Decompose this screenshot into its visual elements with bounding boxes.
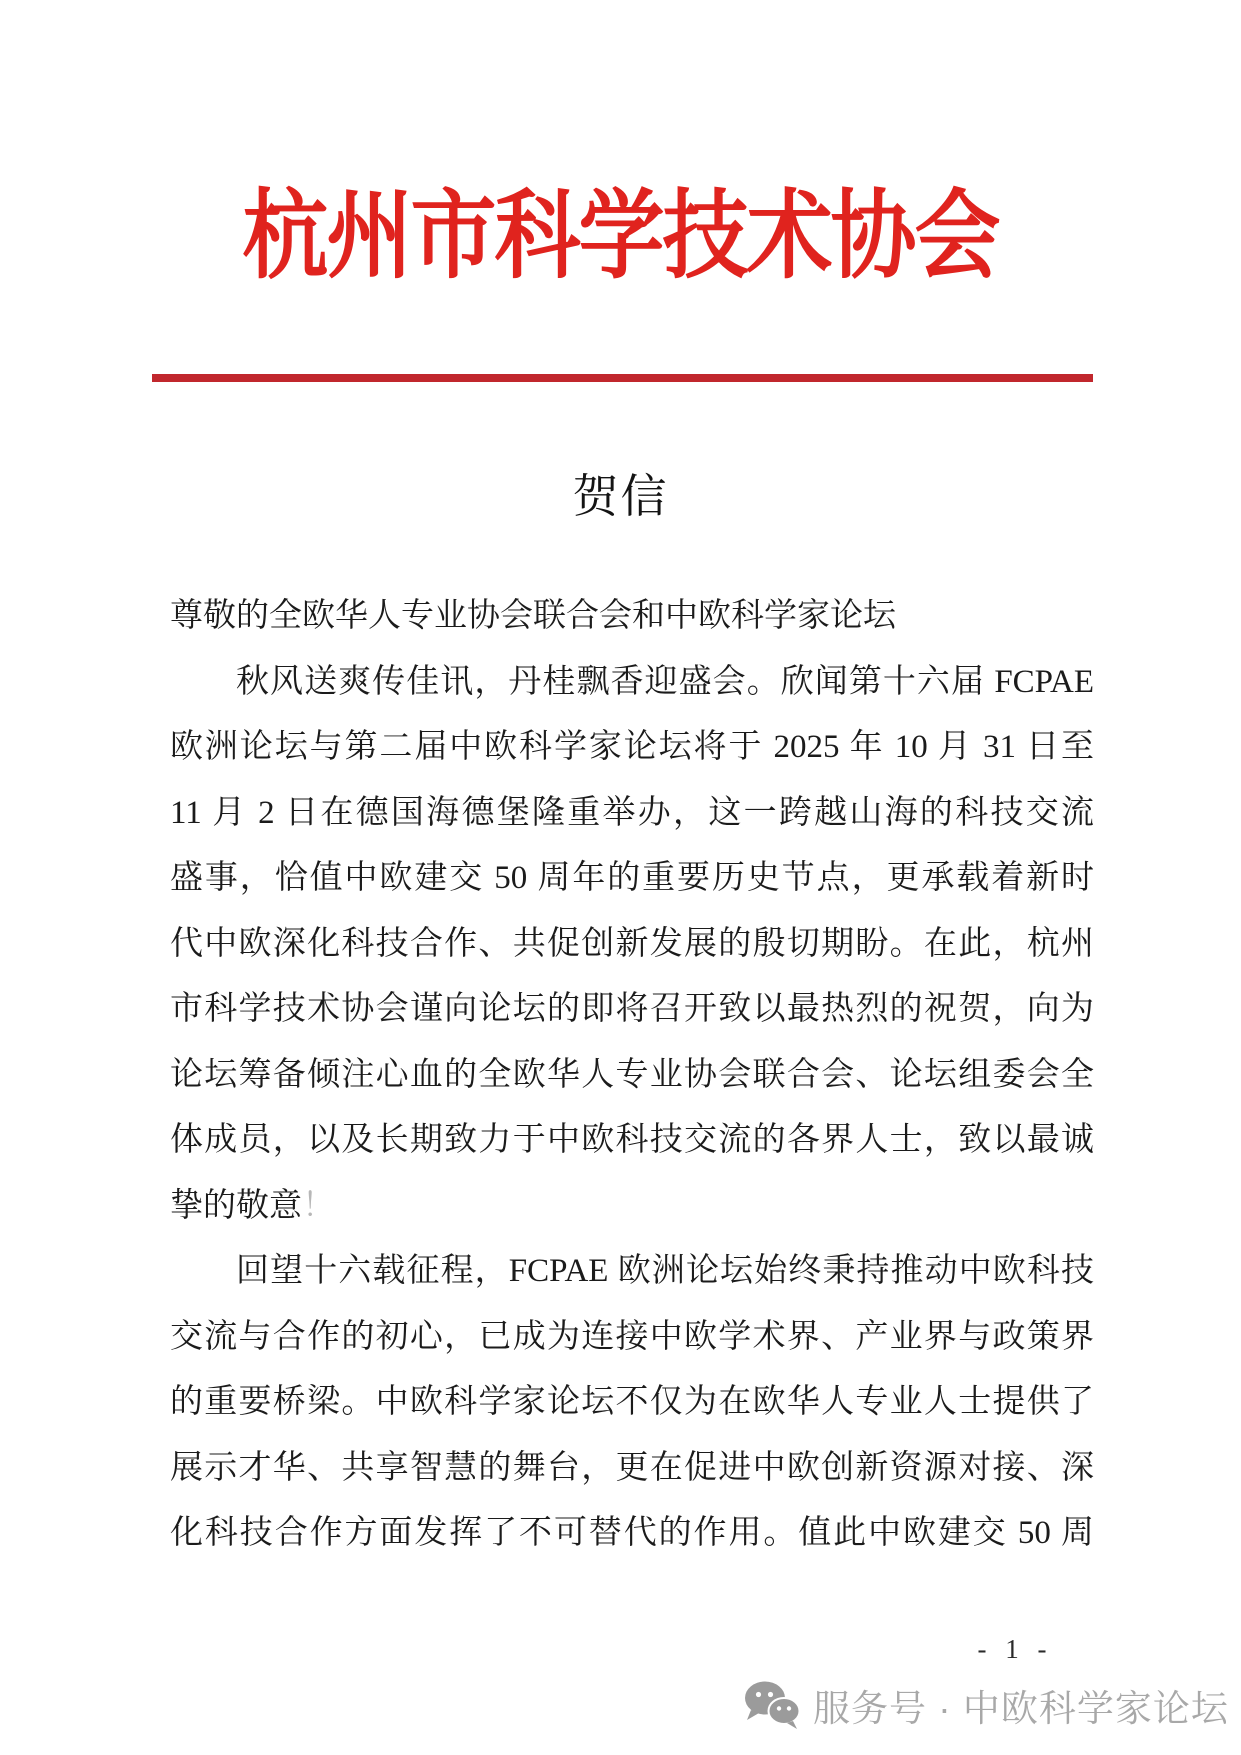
doc-heading: 贺信	[0, 460, 1241, 526]
salutation-line: 尊敬的全欧华人专业协会联合会和中欧科学家论坛	[170, 584, 1094, 650]
body-line: 盛事，恰值中欧建交 50 周年的重要历史节点，更承载着新时	[170, 846, 1094, 912]
body-line: 交流与合作的初心，已成为连接中欧学术界、产业界与政策界	[170, 1305, 1094, 1371]
body-line: 11 月 2 日在德国海德堡隆重举办，这一跨越山海的科技交流	[170, 781, 1094, 847]
faint-exclamation: ！	[302, 1188, 335, 1224]
body-line: 化科技合作方面发挥了不可替代的作用。值此中欧建交 50 周	[170, 1501, 1094, 1567]
body-line: 展示才华、共享智慧的舞台，更在促进中欧创新资源对接、深	[170, 1436, 1094, 1502]
watermark: 服务号 · 中欧科学家论坛	[743, 1678, 1229, 1732]
org-title: 杭州市科学技术协会	[0, 158, 1241, 297]
body-line: 体成员，以及长期致力于中欧科技交流的各界人士，致以最诚	[170, 1108, 1094, 1174]
body-line: 回望十六载征程，FCPAE 欧洲论坛始终秉持推动中欧科技	[170, 1239, 1094, 1305]
page-number: - 1 -	[955, 1634, 1075, 1665]
wechat-icon	[743, 1680, 801, 1730]
letterhead-rule	[152, 374, 1093, 382]
body-line: 论坛筹备倾注心血的全欧华人专业协会联合会、论坛组委会全	[170, 1043, 1094, 1109]
body-line: 秋风送爽传佳讯，丹桂飘香迎盛会。欣闻第十六届 FCPAE	[170, 650, 1094, 716]
body-line-text: 挚的敬意	[170, 1188, 302, 1224]
body-line: 的重要桥梁。中欧科学家论坛不仅为在欧华人专业人士提供了	[170, 1370, 1094, 1436]
body-line: 挚的敬意！	[170, 1174, 1094, 1240]
watermark-text: 服务号 · 中欧科学家论坛	[813, 1678, 1229, 1732]
body-line: 代中欧深化科技合作、共促创新发展的殷切期盼。在此，杭州	[170, 912, 1094, 978]
body-line: 欧洲论坛与第二届中欧科学家论坛将于 2025 年 10 月 31 日至	[170, 715, 1094, 781]
body-line: 市科学技术协会谨向论坛的即将召开致以最热烈的祝贺，向为	[170, 977, 1094, 1043]
doc-body: 尊敬的全欧华人专业协会联合会和中欧科学家论坛 秋风送爽传佳讯，丹桂飘香迎盛会。欣…	[170, 584, 1094, 1567]
